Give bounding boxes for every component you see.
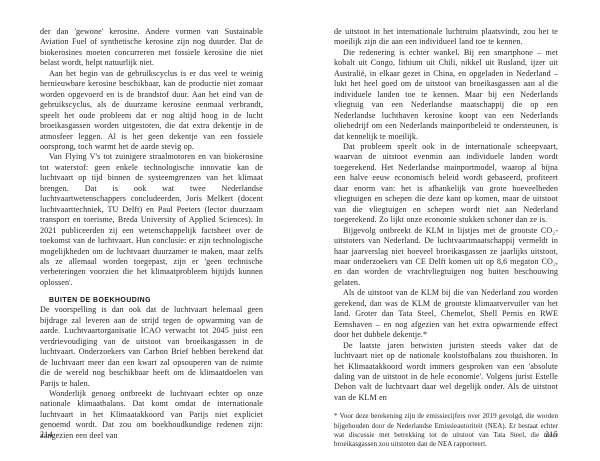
body-paragraph: de uitstoot in het internationale luchtr… — [334, 27, 558, 48]
book-spread: der dan 'gewone' kerosine. Andere vormen… — [0, 0, 600, 461]
page-number: 215 — [545, 430, 558, 439]
body-paragraph: der dan 'gewone' kerosine. Andere vormen… — [40, 27, 263, 69]
body-paragraph: Die redenering is echter wankel. Bij een… — [334, 48, 558, 142]
body-paragraph: Dat probleem speelt ook in de internatio… — [334, 142, 558, 226]
page-left: der dan 'gewone' kerosine. Andere vormen… — [40, 27, 263, 441]
section-heading: BUITEN DE BOEKHOUDING — [49, 297, 263, 304]
page-number: 214 — [40, 430, 53, 439]
footnote: * Voor deze berekening zijn de emissieci… — [334, 412, 558, 449]
body-paragraph: Van Flying V's tot zuinigere straalmotor… — [40, 152, 263, 288]
body-paragraph: De laatste jaren betwisten juristen stee… — [334, 341, 558, 404]
body-paragraph: De voorspelling is dan ook dat de luchtv… — [40, 305, 263, 389]
page-right: de uitstoot in het internationale luchtr… — [334, 27, 558, 449]
body-paragraph: Bijgevolg ontbreekt de KLM in lijstjes m… — [334, 226, 558, 289]
body-paragraph: Als de uitstoot van de KLM bij die van N… — [334, 288, 558, 340]
body-paragraph: Wonderlijk genoeg ontbreekt de luchtvaar… — [40, 389, 263, 441]
body-paragraph: Aan het begin van de gebruikscyclus is e… — [40, 69, 263, 153]
